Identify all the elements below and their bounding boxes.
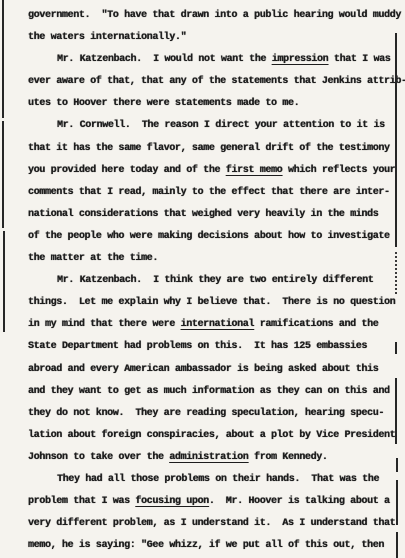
scan-edge-right-dotted [395,252,397,294]
document-line: national considerations that weighed ver… [28,204,394,226]
document-line: they do not know. They are reading specu… [28,403,394,425]
text-segment: things. Let me explain why I believe tha… [28,297,395,308]
document-line: very different problem, as I understand … [28,513,394,535]
document-line: Mr. Cornwell. The reason I direct your a… [28,115,394,137]
text-segment: the waters internationally." [28,32,186,43]
document-line: things. Let me explain why I believe tha… [28,292,394,314]
document-line: lation about foreign conspiracies, about… [28,425,394,447]
document-text: government. "To have that drawn into a p… [28,5,394,557]
text-segment: that I was [328,54,390,65]
text-segment: and they want to get as much information… [28,386,390,397]
underlined-text: impression [272,54,329,65]
text-segment: problem that I was [28,496,135,507]
text-segment: Johnson to take over the [28,452,169,463]
scan-edge-right-dash-5 [396,532,398,558]
document-line: ever aware of that, that any of the stat… [28,71,394,93]
text-segment: Mr. Katzenbach. I would not want the [57,54,272,65]
scan-edge-right-dash-2 [395,378,397,444]
text-segment: lation about foreign conspiracies, about… [28,430,395,441]
document-line: you provided here today and of the first… [28,160,394,182]
text-segment: memo, he is saying: "Gee whizz, if we pu… [28,540,384,551]
underlined-text: focusing upon [135,496,208,507]
text-segment: the matter at the time. [28,253,158,264]
document-line: abroad and every American ambassador is … [28,359,394,381]
text-segment: ramifications and the [254,319,378,330]
scan-edge-right-top [395,33,397,247]
document-line: problem that I was focusing upon. Mr. Ho… [28,491,394,513]
text-segment: government. "To have that drawn into a p… [28,10,401,21]
text-segment: . Mr. Hoover is talking about a [209,496,390,507]
text-segment: in my mind that there were [28,319,181,330]
text-segment: very different problem, as I understand … [28,518,395,529]
document-line: State Department had problems on this. I… [28,336,394,358]
text-segment: Mr. Katzenbach. I think they are two ent… [57,275,373,286]
text-segment: of the people who were making decisions … [28,231,390,242]
scan-edge-right-dash-3 [396,458,398,472]
underlined-text: administration [169,452,248,463]
text-segment: State Department had problems on this. I… [28,341,367,352]
document-line: that it has the same flavor, same genera… [28,138,394,160]
document-line: the matter at the time. [28,248,394,270]
document-line: utes to Hoover there were statements mad… [28,93,394,115]
document-line: Mr. Katzenbach. I would not want the imp… [28,49,394,71]
text-segment: they do not know. They are reading specu… [28,408,384,419]
text-segment: comments that I read, mainly to the effe… [28,187,390,198]
text-segment: that it has the same flavor, same genera… [28,143,390,154]
underlined-text: first memo [226,165,283,176]
text-segment: which reflects your [282,165,395,176]
document-line: Mr. Katzenbach. I think they are two ent… [28,270,394,292]
document-line: government. "To have that drawn into a p… [28,5,394,27]
scan-edge-left-middle [2,121,4,228]
document-line: They had all those problems on their han… [28,469,394,491]
document-line: the waters internationally." [28,27,394,49]
document-line: memo, he is saying: "Gee whizz, if we pu… [28,535,394,557]
text-segment: ever aware of that, that any of the stat… [28,76,405,87]
scan-edge-right-dash-1 [395,342,397,354]
text-segment: utes to Hoover there were statements mad… [28,98,299,109]
text-segment: They had all those problems on their han… [57,474,379,485]
text-segment: you provided here today and of the [28,165,226,176]
scan-edge-right-dash-4 [396,480,398,525]
document-line: comments that I read, mainly to the effe… [28,182,394,204]
document-line: in my mind that there were international… [28,314,394,336]
underlined-text: international [181,319,254,330]
document-page: government. "To have that drawn into a p… [0,0,405,558]
document-line: and they want to get as much information… [28,381,394,403]
scan-edge-left-top [2,0,4,118]
text-segment: national considerations that weighed ver… [28,209,378,220]
text-segment: abroad and every American ambassador is … [28,364,378,375]
document-line: Johnson to take over the administration … [28,447,394,469]
text-segment: Mr. Cornwell. The reason I direct your a… [57,120,385,131]
text-segment: from Kennedy. [248,452,327,463]
document-line: of the people who were making decisions … [28,226,394,248]
scan-edge-left-bottom [3,231,5,332]
